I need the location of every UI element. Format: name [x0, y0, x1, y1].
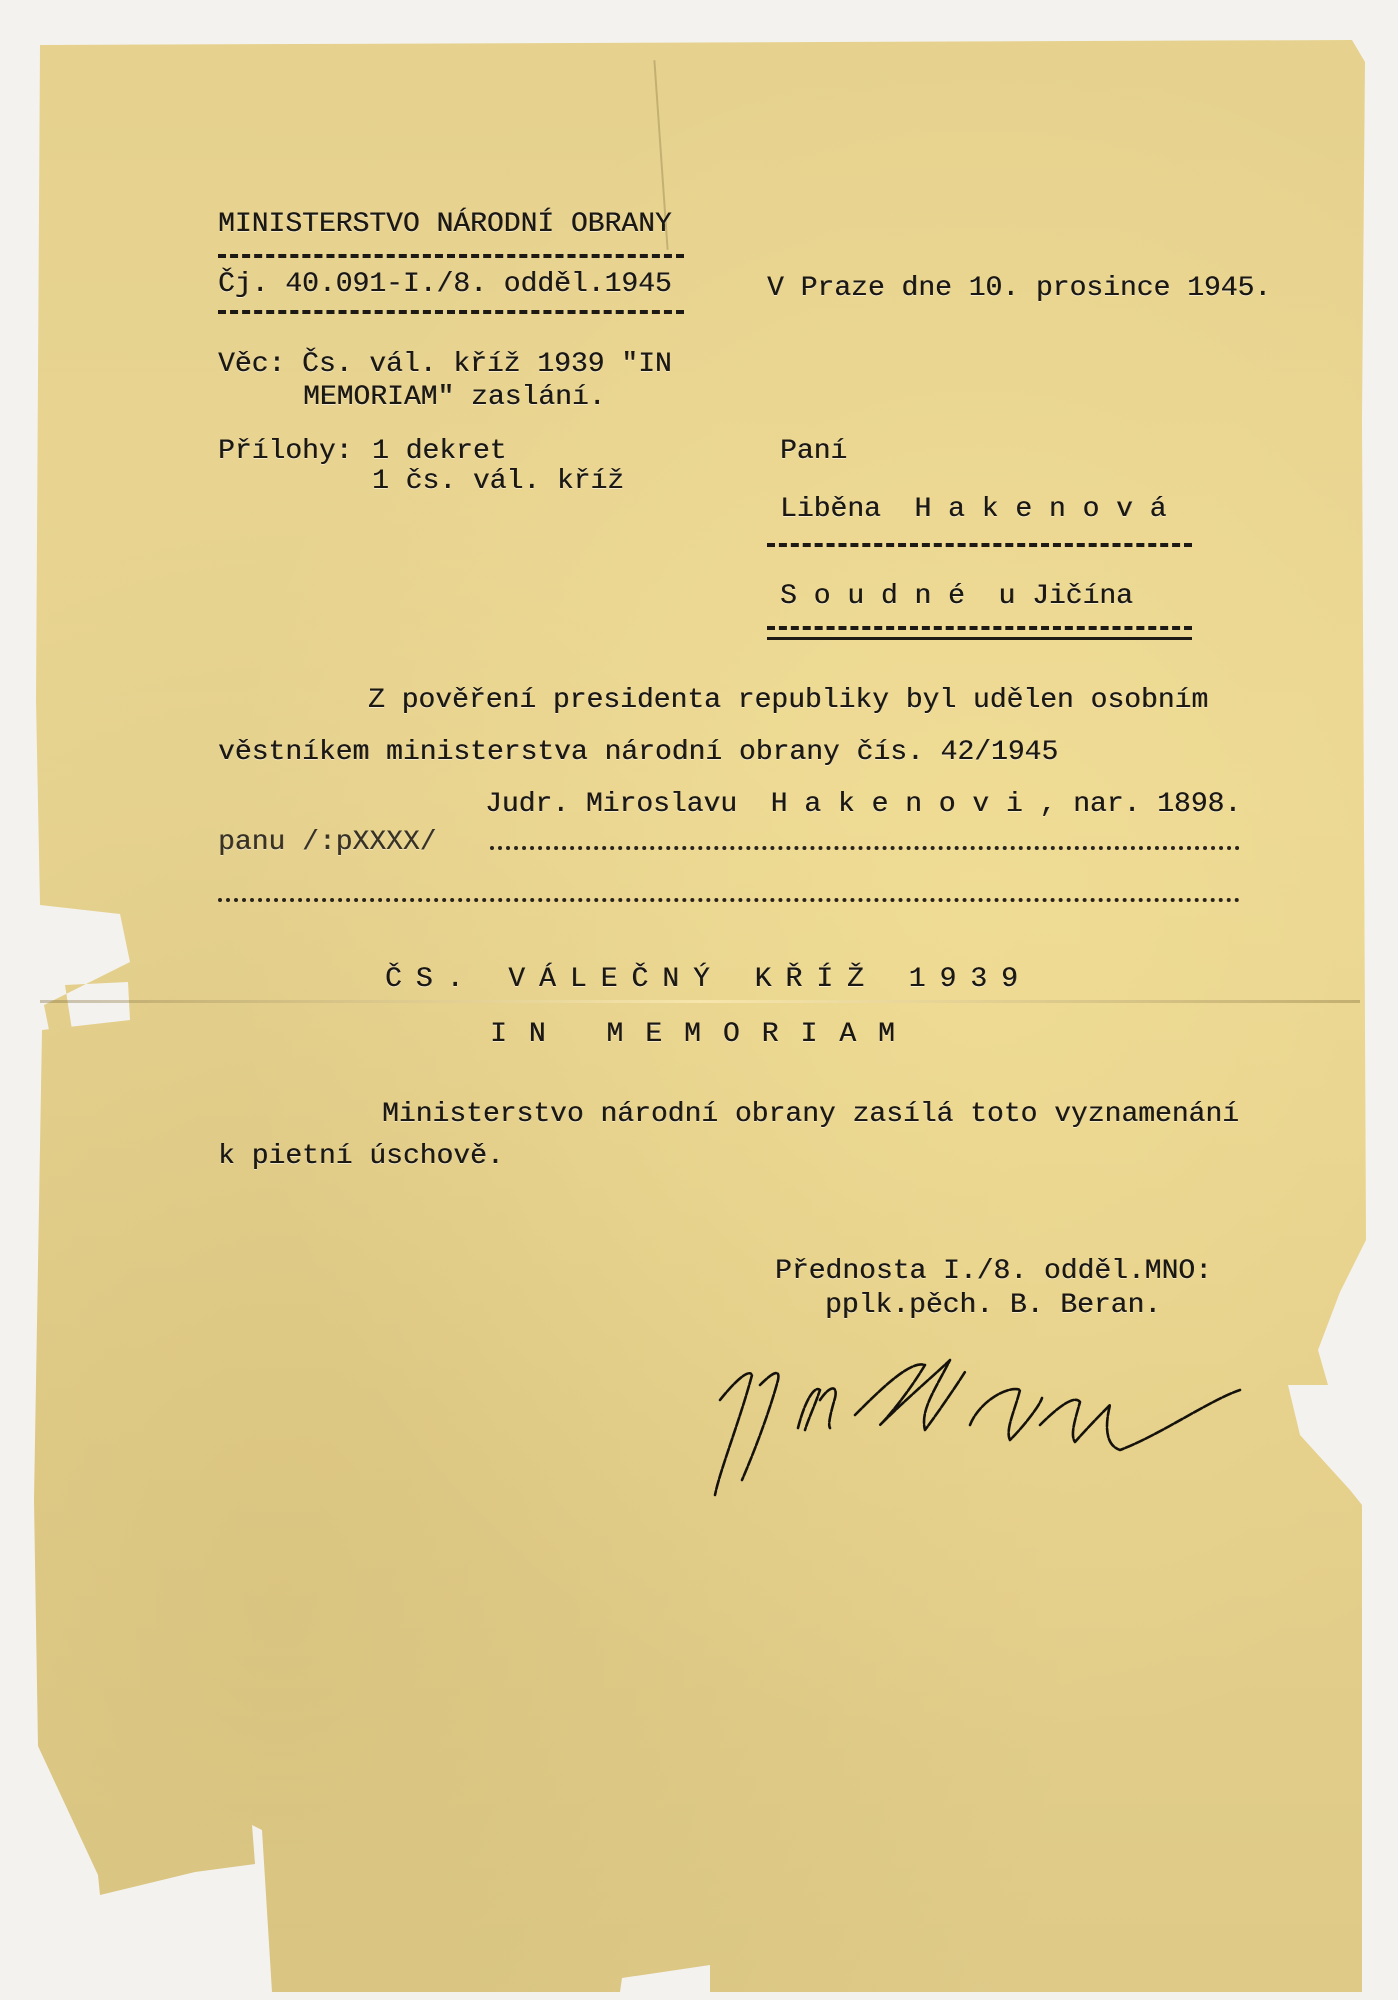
signatory-title: Přednosta I./8. odděl.MNO: [775, 1257, 1212, 1287]
closing-line-2: k pietní úschově. [218, 1142, 504, 1172]
handwritten-signature-icon [680, 1330, 1320, 1510]
dotted-fill-line [490, 846, 1240, 850]
attachment-item: 1 čs. vál. kříž [372, 467, 624, 497]
recipient-name: Liběna H a k e n o v á [780, 495, 1166, 525]
reference-number: Čj. 40.091-I./8. odděl.1945 [218, 270, 672, 300]
horizontal-fold [40, 1000, 1360, 1003]
recipient-name-rule [767, 543, 1192, 547]
recipient-place-dashed-rule [767, 626, 1192, 630]
reference-dashed-rule [218, 310, 684, 314]
recipient-salutation: Paní [780, 437, 847, 467]
awardee-prefix: panu /:pXXXX/ [218, 828, 436, 858]
closing-line-1: Ministerstvo národní obrany zasílá toto … [382, 1100, 1239, 1130]
body-paragraph-line-2: věstníkem ministerstva národní obrany čí… [218, 738, 1058, 768]
attachment-item: 1 dekret [372, 437, 506, 467]
signatory-name: pplk.pěch. B. Beran. [825, 1291, 1161, 1321]
recipient-place-solid-rule [767, 637, 1192, 640]
body-paragraph-line-1: Z pověření presidenta republiky byl uděl… [368, 686, 1208, 716]
award-subtitle: IN MEMORIAM [490, 1020, 917, 1050]
attachments-label: Přílohy: [218, 437, 352, 467]
recipient-place: S o u d n é u Jičína [780, 582, 1133, 612]
dotted-fill-line [218, 898, 1240, 902]
ministry-header: MINISTERSTVO NÁRODNÍ OBRANY [218, 210, 672, 240]
award-title: ČS. VÁLEČNÝ KŘÍŽ 1939 [385, 965, 1032, 995]
awardee-name: Judr. Miroslavu H a k e n o v i , nar. 1… [485, 790, 1241, 820]
place-date: V Praze dne 10. prosince 1945. [767, 274, 1271, 304]
subject-line-2: MEMORIAM" zaslání. [303, 383, 605, 413]
header-dashed-rule [218, 254, 684, 258]
subject-line-1: Věc: Čs. vál. kříž 1939 "IN [218, 350, 672, 380]
